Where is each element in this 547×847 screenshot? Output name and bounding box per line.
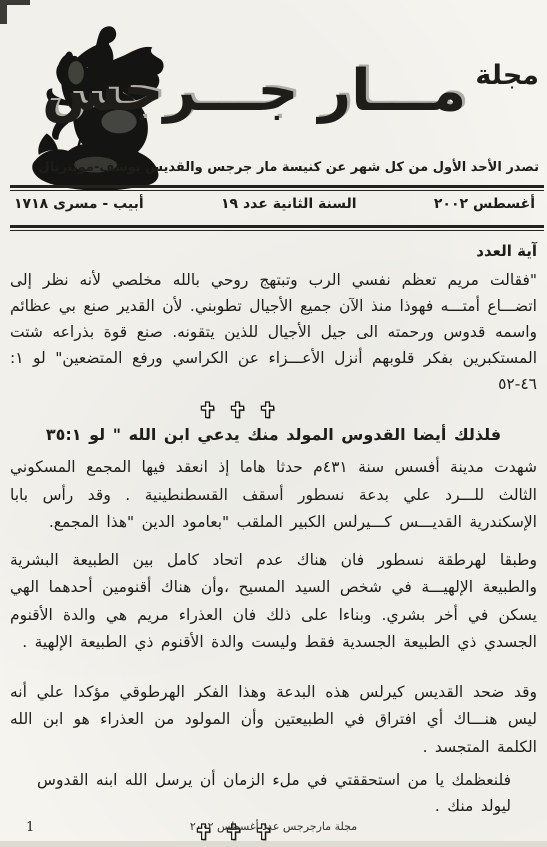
magazine-title-prefix: مجلة	[475, 60, 539, 91]
magazine-page: مجلة مـــار جـــرجس تصدر الأحد الأول من …	[0, 0, 547, 847]
article-headline: فلذلك أيضا القدوس المولد منك يدعي ابن ال…	[10, 425, 537, 444]
footer-issue-label: مجلة مارجرجس عدد أغسطس ٢٠٠٢	[0, 820, 547, 833]
cross-divider	[0, 400, 501, 421]
masthead-subtitle: تصدر الأحد الأول من كل شهر عن كنيسة مار …	[38, 160, 539, 175]
verse-text: "فقالت مريم تعظم نفسي الرب وتبتهج روحي ب…	[10, 267, 537, 397]
divider-rule-top	[10, 185, 544, 191]
issue-volume-number: السنة الثانية عدد ١٩	[221, 196, 357, 212]
verse-of-issue-heading: آية العدد	[10, 242, 537, 260]
cross-icon	[200, 400, 215, 420]
scan-edge-artifact	[0, 0, 30, 5]
article-paragraph: شهدت مدينة أفسس سنة ٤٣١م حدثا هاما إذ ان…	[10, 454, 537, 537]
article-paragraph: وقد ضحد القديس كيرلس هذه البدعة وهذا الف…	[10, 679, 537, 762]
article-paragraph: وطبقا لهرطقة نسطور فان هناك عدم اتحاد كا…	[10, 547, 537, 657]
article-body: آية العدد "فقالت مريم تعظم نفسي الرب وتب…	[10, 242, 537, 847]
cross-icon	[230, 400, 245, 420]
issue-coptic-date: أبيب - مسرى ١٧١٨	[14, 196, 144, 212]
magazine-title: مجلة مـــار جـــرجس	[42, 58, 539, 124]
issue-info-bar: أغسطس ٢٠٠٢ السنة الثانية عدد ١٩ أبيب - م…	[14, 196, 535, 212]
cross-icon	[260, 400, 275, 420]
scan-bottom-edge	[0, 841, 547, 847]
issue-month-year: أغسطس ٢٠٠٢	[434, 196, 535, 212]
magazine-title-main: مـــار جـــرجس	[42, 58, 466, 124]
divider-rule-bottom	[10, 225, 544, 231]
article-closing-line: فلنعظمك يا من استحققتي في ملء الزمان أن …	[10, 767, 537, 819]
